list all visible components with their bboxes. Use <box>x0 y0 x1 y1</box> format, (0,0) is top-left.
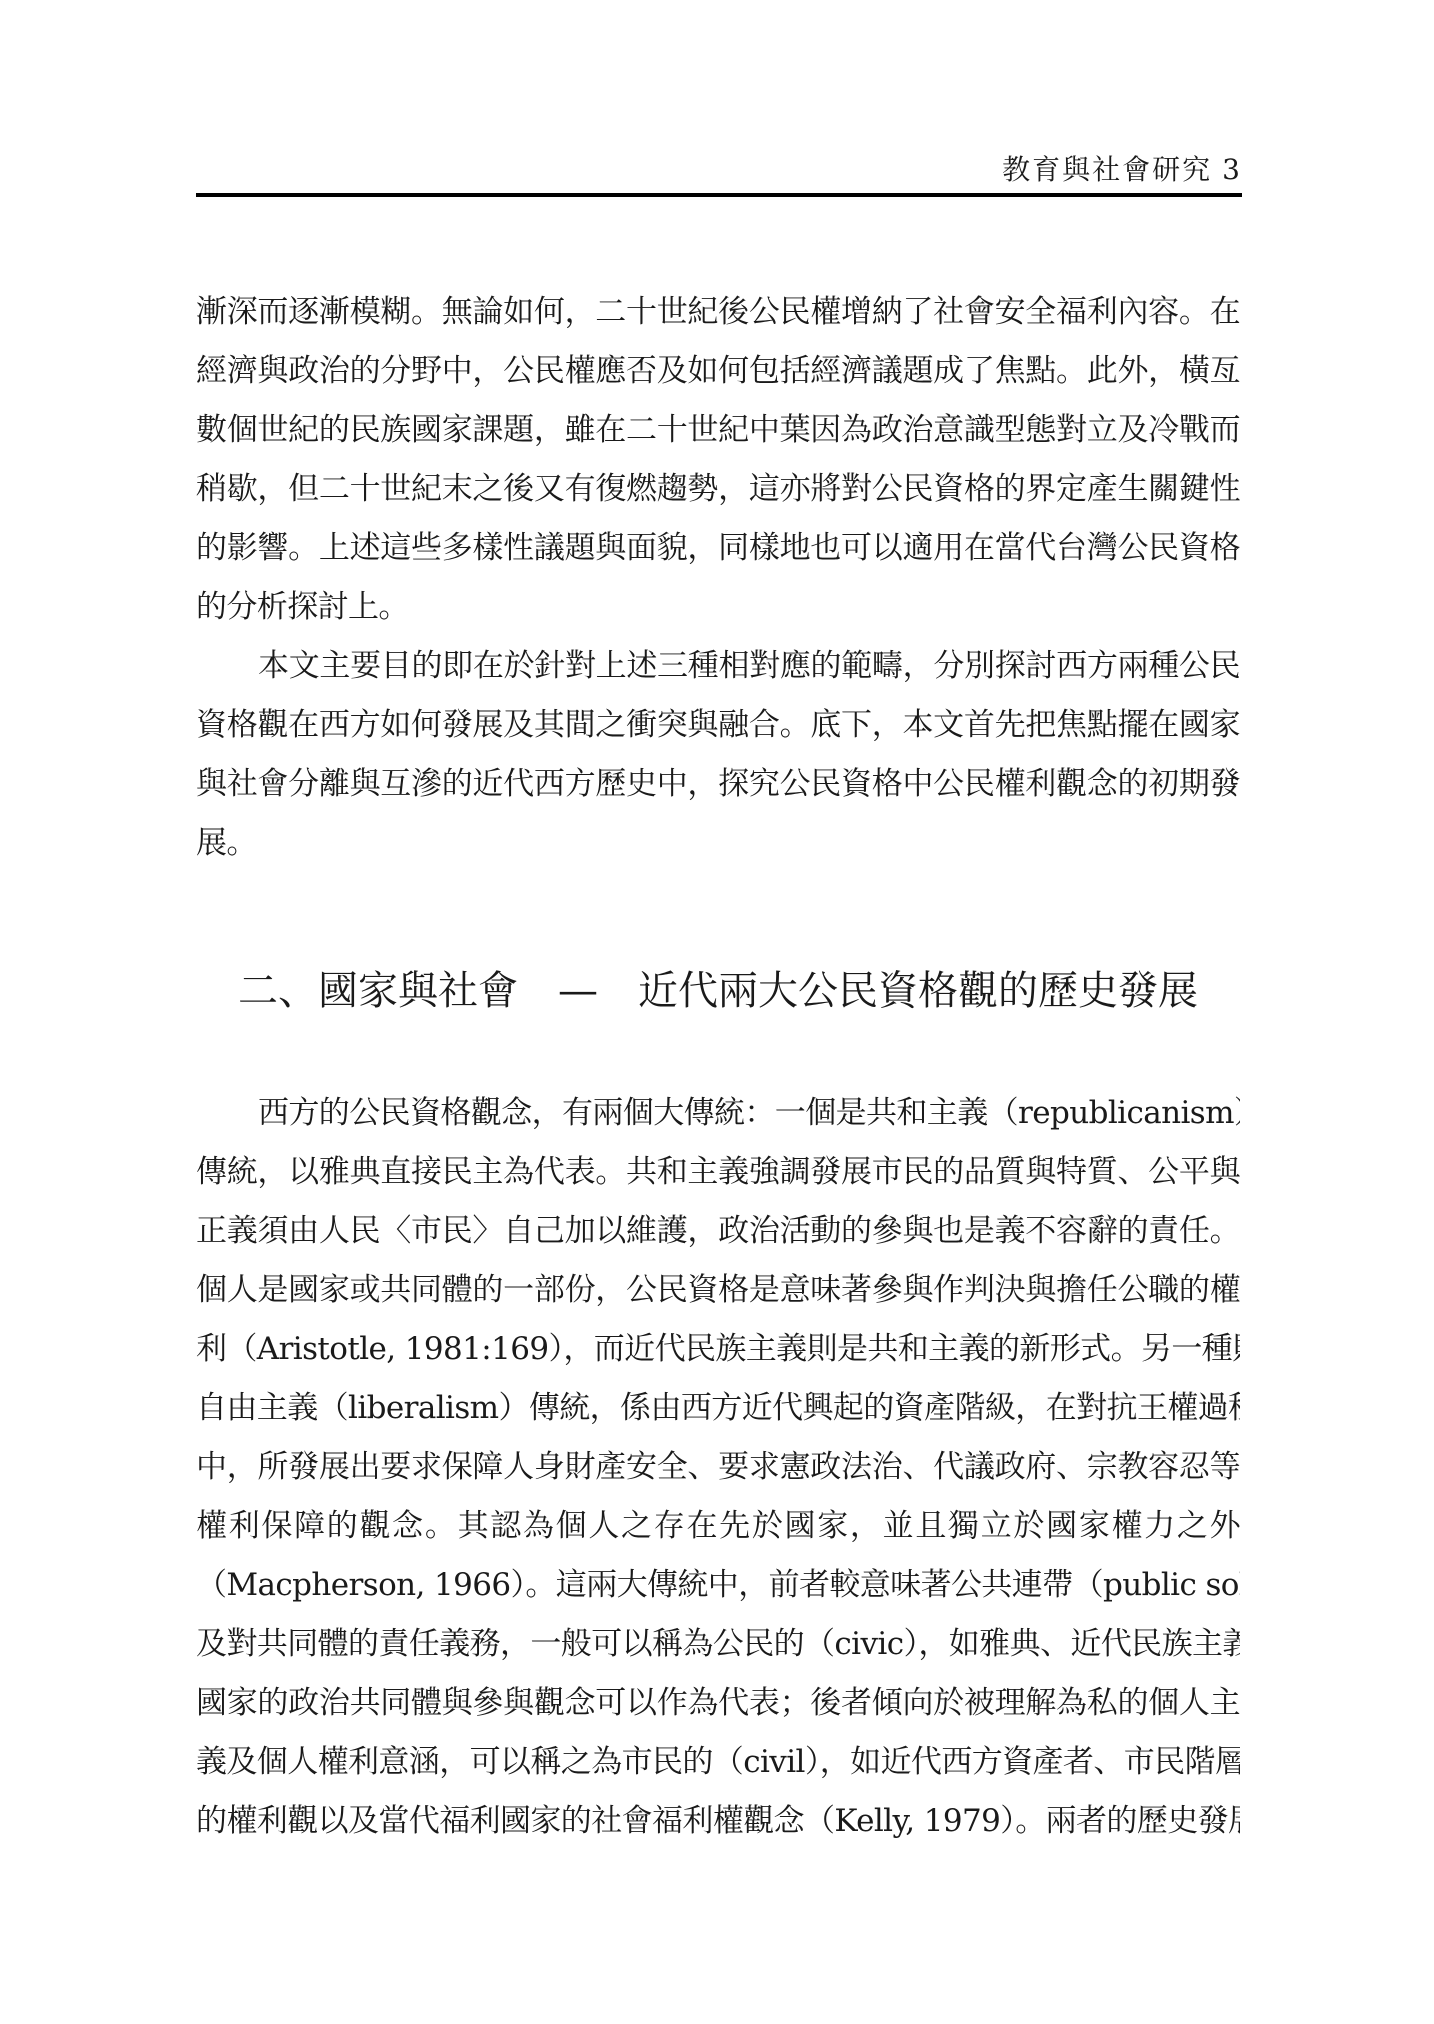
text-line: 權利保障的觀念。其認為個人之存在先於國家，並且獨立於國家權力之外 <box>196 1497 1240 1556</box>
text-line: 利（Aristotle, 1981:169），而近代民族主義則是共和主義的新形式… <box>196 1320 1240 1379</box>
text-line: 資格觀在西方如何發展及其間之衝突與融合。底下，本文首先把焦點擺在國家 <box>196 696 1240 755</box>
text-line: 的權利觀以及當代福利國家的社會福利權觀念（Kelly, 1979）。兩者的歷史發… <box>196 1792 1240 1851</box>
text-line: 稍歇，但二十世紀末之後又有復燃趨勢，這亦將對公民資格的界定產生關鍵性 <box>196 460 1240 519</box>
text-line: 國家的政治共同體與參與觀念可以作為代表；後者傾向於被理解為私的個人主 <box>196 1674 1240 1733</box>
page-number: 3 <box>1222 153 1240 186</box>
text-line: 個人是國家或共同體的一部份，公民資格是意味著參與作判決與擔任公職的權 <box>196 1261 1240 1320</box>
body-text-block-1: 漸深而逐漸模糊。無論如何，二十世紀後公民權增納了社會安全福利內容。在經濟與政治的… <box>196 283 1240 873</box>
text-line: 經濟與政治的分野中，公民權應否及如何包括經濟議題成了焦點。此外，橫亙 <box>196 342 1240 401</box>
text-line: （Macpherson, 1966）。這兩大傳統中，前者較意味著公共連帶（pub… <box>196 1556 1240 1615</box>
text-line: 的分析探討上。 <box>196 578 1240 637</box>
text-line: 的影響。上述這些多樣性議題與面貌，同樣地也可以適用在當代台灣公民資格 <box>196 519 1240 578</box>
header-rule <box>196 193 1242 197</box>
text-line: 中，所發展出要求保障人身財產安全、要求憲政法治、代議政府、宗教容忍等 <box>196 1438 1240 1497</box>
text-line: 與社會分離與互滲的近代西方歷史中，探究公民資格中公民權利觀念的初期發 <box>196 755 1240 814</box>
body-text-block-2: 西方的公民資格觀念，有兩個大傳統：一個是共和主義（republicanism）傳… <box>196 1084 1240 1851</box>
section-heading: 二、國家與社會 — 近代兩大公民資格觀的歷史發展 <box>196 965 1240 1017</box>
text-line: 傳統，以雅典直接民主為代表。共和主義強調發展市民的品質與特質、公平與 <box>196 1143 1240 1202</box>
text-line: 正義須由人民〈市民〉自己加以維護，政治活動的參與也是義不容辭的責任。 <box>196 1202 1240 1261</box>
text-line: 義及個人權利意涵，可以稱之為市民的（civil），如近代西方資產者、市民階層 <box>196 1733 1240 1792</box>
text-line: 及對共同體的責任義務，一般可以稱為公民的（civic），如雅典、近代民族主義 <box>196 1615 1240 1674</box>
text-line: 自由主義（liberalism）傳統，係由西方近代興起的資產階級，在對抗王權過程 <box>196 1379 1240 1438</box>
text-line: 本文主要目的即在於針對上述三種相對應的範疇，分別探討西方兩種公民 <box>196 637 1240 696</box>
text-line: 西方的公民資格觀念，有兩個大傳統：一個是共和主義（republicanism） <box>196 1084 1240 1143</box>
running-header: 教育與社會研究3 <box>196 152 1240 188</box>
text-line: 數個世紀的民族國家課題，雖在二十世紀中葉因為政治意識型態對立及冷戰而 <box>196 401 1240 460</box>
journal-title: 教育與社會研究 <box>1002 153 1212 186</box>
document-page: 教育與社會研究3 漸深而逐漸模糊。無論如何，二十世紀後公民權增納了社會安全福利內… <box>0 0 1434 2024</box>
text-line: 展。 <box>196 814 1240 873</box>
text-line: 漸深而逐漸模糊。無論如何，二十世紀後公民權增納了社會安全福利內容。在 <box>196 283 1240 342</box>
